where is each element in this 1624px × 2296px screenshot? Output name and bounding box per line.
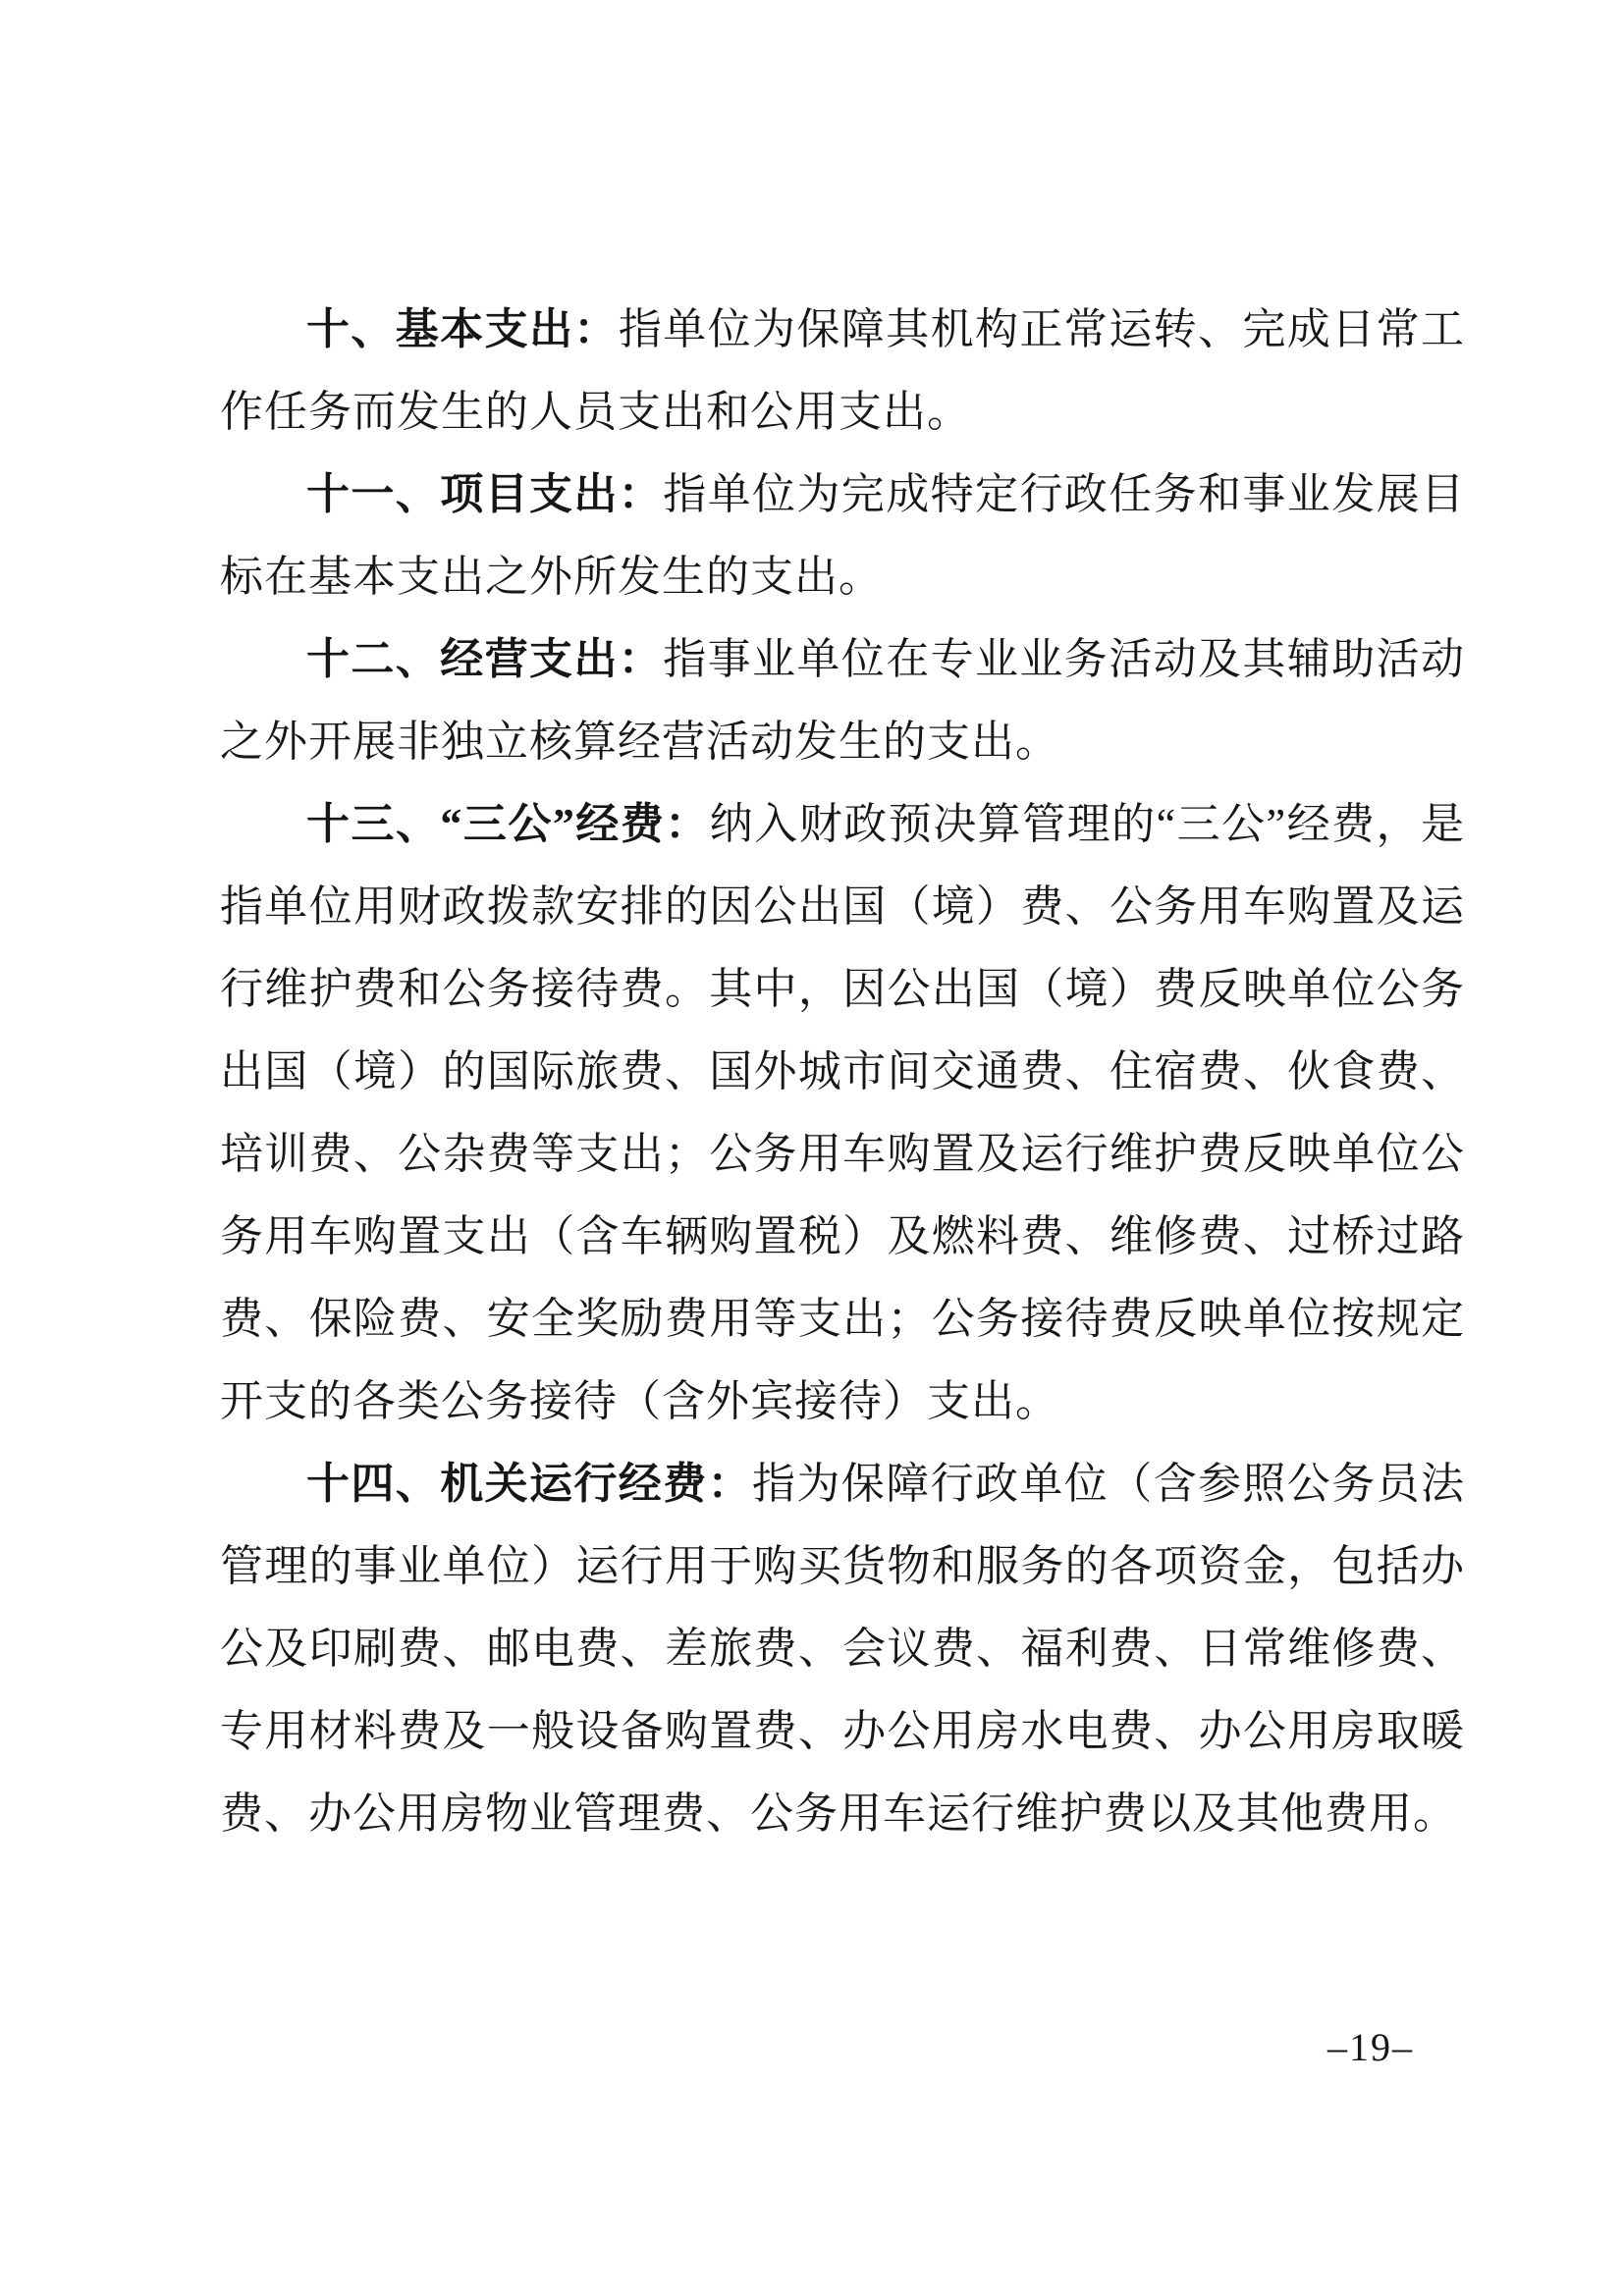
paragraph-project-expenditure: 十一、项目支出：指单位为完成特定行政任务和事业发展目标在基本支出之外所发生的支出… xyxy=(220,454,1465,618)
paragraph-operating-expenditure: 十二、经营支出：指事业单位在专业业务活动及其辅助活动之外开展非独立核算经营活动发… xyxy=(220,618,1465,783)
paragraph-body: 纳入财政预决算管理的“三公”经费，是指单位用财政拨款安排的因公出国（境）费、公务… xyxy=(220,800,1465,1425)
paragraph-term: 十三、“三公”经费： xyxy=(306,800,710,848)
paragraph-term: 十、基本支出： xyxy=(306,305,619,353)
page-number: –19– xyxy=(1327,2024,1414,2070)
document-page: 十、基本支出：指单位为保障其机构正常运转、完成日常工作任务而发生的人员支出和公用… xyxy=(0,0,1624,2296)
paragraph-agency-operating-funds: 十四、机关运行经费：指为保障行政单位（含参照公务员法管理的事业单位）运行用于购买… xyxy=(220,1443,1465,1855)
paragraph-term: 十一、项目支出： xyxy=(306,470,663,518)
paragraph-basic-expenditure: 十、基本支出：指单位为保障其机构正常运转、完成日常工作任务而发生的人员支出和公用… xyxy=(220,289,1465,454)
paragraph-term: 十四、机关运行经费： xyxy=(306,1460,752,1508)
document-body-text: 十、基本支出：指单位为保障其机构正常运转、完成日常工作任务而发生的人员支出和公用… xyxy=(220,289,1465,1855)
paragraph-three-public-funds: 十三、“三公”经费：纳入财政预决算管理的“三公”经费，是指单位用财政拨款安排的因… xyxy=(220,783,1465,1443)
paragraph-term: 十二、经营支出： xyxy=(306,635,663,683)
paragraph-body: 指为保障行政单位（含参照公务员法管理的事业单位）运行用于购买货物和服务的各项资金… xyxy=(220,1460,1465,1838)
